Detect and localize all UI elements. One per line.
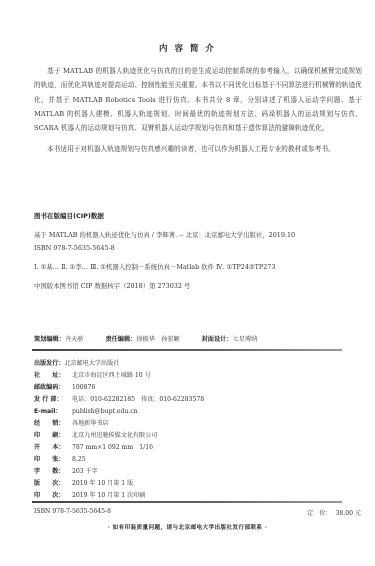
info-value: 电话：010-62282185 传真：010-62283578 — [72, 396, 204, 403]
planning-editor-label: 策划编辑： — [34, 336, 65, 343]
summary-paragraph-1: 基于 MATLAB 的机器人轨迹优化与仿真的目的是生成运动控制系统的参考输入，以… — [34, 64, 362, 135]
info-email: E-mail：publish@bupt.edu.cn — [34, 406, 138, 415]
info-value: 2019 年 10 月第 1 版 — [72, 480, 133, 487]
info-label: 经 销： — [34, 418, 72, 427]
info-label: 出版发行： — [34, 358, 64, 367]
info-label: 印 次： — [34, 490, 72, 499]
info-postcode: 邮政编码：100876 — [34, 382, 95, 391]
info-value: 北京市海淀区西土城路 10 号 — [72, 372, 151, 379]
info-label: 印 张： — [34, 454, 72, 463]
info-label: 字 数： — [34, 466, 72, 475]
cip-line-title: 基于 MATLAB 的机器人轨迹优化与仿真 / 李辉著. -- 北京：北京邮电大… — [34, 230, 295, 239]
info-label: 印 刷： — [34, 430, 72, 439]
info-printing: 印 次：2019 年 10 月第 1 次印刷 — [34, 490, 145, 499]
info-label: 版 次： — [34, 478, 72, 487]
info-distributor: 经 销：各地新华书店 — [34, 418, 109, 427]
cip-heading: 图书在版编目(CIP)数据 — [34, 211, 104, 220]
info-value: 北京邮电大学出版社 — [64, 360, 119, 367]
info-value: 北京九州迅驰传媒文化有限公司 — [72, 432, 157, 439]
cover-design-value: 七星博纳 — [233, 336, 258, 343]
editors-line: 策划编辑：齐天骄 责任编辑：徐振华 孙宏颖 封面设计：七星博纳 — [34, 334, 257, 343]
planning-editor-value: 齐天骄 — [65, 336, 84, 343]
info-edition: 版 次：2019 年 10 月第 1 版 — [34, 478, 133, 487]
footer-isbn: ISBN 978-7-5635-5645-8 — [34, 508, 111, 515]
info-label: 邮政编码： — [34, 382, 72, 391]
info-value: 203 千字 — [72, 468, 98, 475]
info-value: 各地新华书店 — [72, 420, 109, 427]
cip-line-classification: Ⅰ. ①基… Ⅱ. ①李… Ⅲ. ①机器人控制－系统仿真－Matlab 软件 Ⅳ… — [34, 262, 275, 271]
info-distribution-dept: 发 行 部：电话：010-62282185 传真：010-62283578 — [34, 394, 204, 403]
price-label: 定 价： — [307, 510, 331, 517]
info-format: 开 本：787 mm×1 092 mm 1/16 — [34, 442, 153, 451]
quality-notice: · 如有印装质量问题，请与北京邮电大学出版社发行部联系 · — [0, 523, 375, 531]
cip-line-record-number: 中国版本图书馆 CIP 数据核字（2018）第 273032 号 — [34, 281, 190, 290]
info-label: 开 本： — [34, 442, 72, 451]
info-address: 社 址：北京市海淀区西土城路 10 号 — [34, 370, 151, 379]
info-printer: 印 刷：北京九州迅驰传媒文化有限公司 — [34, 430, 157, 439]
info-value: 8.25 — [72, 456, 86, 463]
price-value: 38.00 元 — [336, 510, 361, 517]
divider-top — [32, 349, 342, 351]
divider-bottom — [32, 501, 342, 503]
cover-design-label: 封面设计： — [202, 336, 233, 343]
summary-title: 内 容 简 介 — [0, 42, 375, 54]
info-label: 社 址： — [34, 370, 72, 379]
info-value: publish@bupt.edu.cn — [72, 408, 138, 415]
responsible-editor-value: 徐振华 孙宏颖 — [136, 336, 179, 343]
summary-paragraph-2: 本书适用于对机器人轨迹规划与仿真感兴趣的读者，也可以作为机器人工程专业的教材或参… — [34, 142, 362, 156]
info-value: 2019 年 10 月第 1 次印刷 — [72, 492, 145, 499]
info-label: E-mail： — [34, 406, 72, 415]
info-value: 787 mm×1 092 mm 1/16 — [72, 444, 153, 451]
info-label: 发 行 部： — [34, 394, 72, 403]
info-publisher: 出版发行：北京邮电大学出版社 — [34, 358, 119, 367]
responsible-editor-label: 责任编辑： — [105, 336, 136, 343]
cip-line-isbn: ISBN 978-7-5635-5645-8 — [34, 244, 115, 252]
info-word-count: 字 数：203 千字 — [34, 466, 98, 475]
info-value: 100876 — [72, 384, 95, 391]
footer-price: 定 价：38.00 元 — [307, 508, 361, 517]
info-sheets: 印 张：8.25 — [34, 454, 86, 463]
